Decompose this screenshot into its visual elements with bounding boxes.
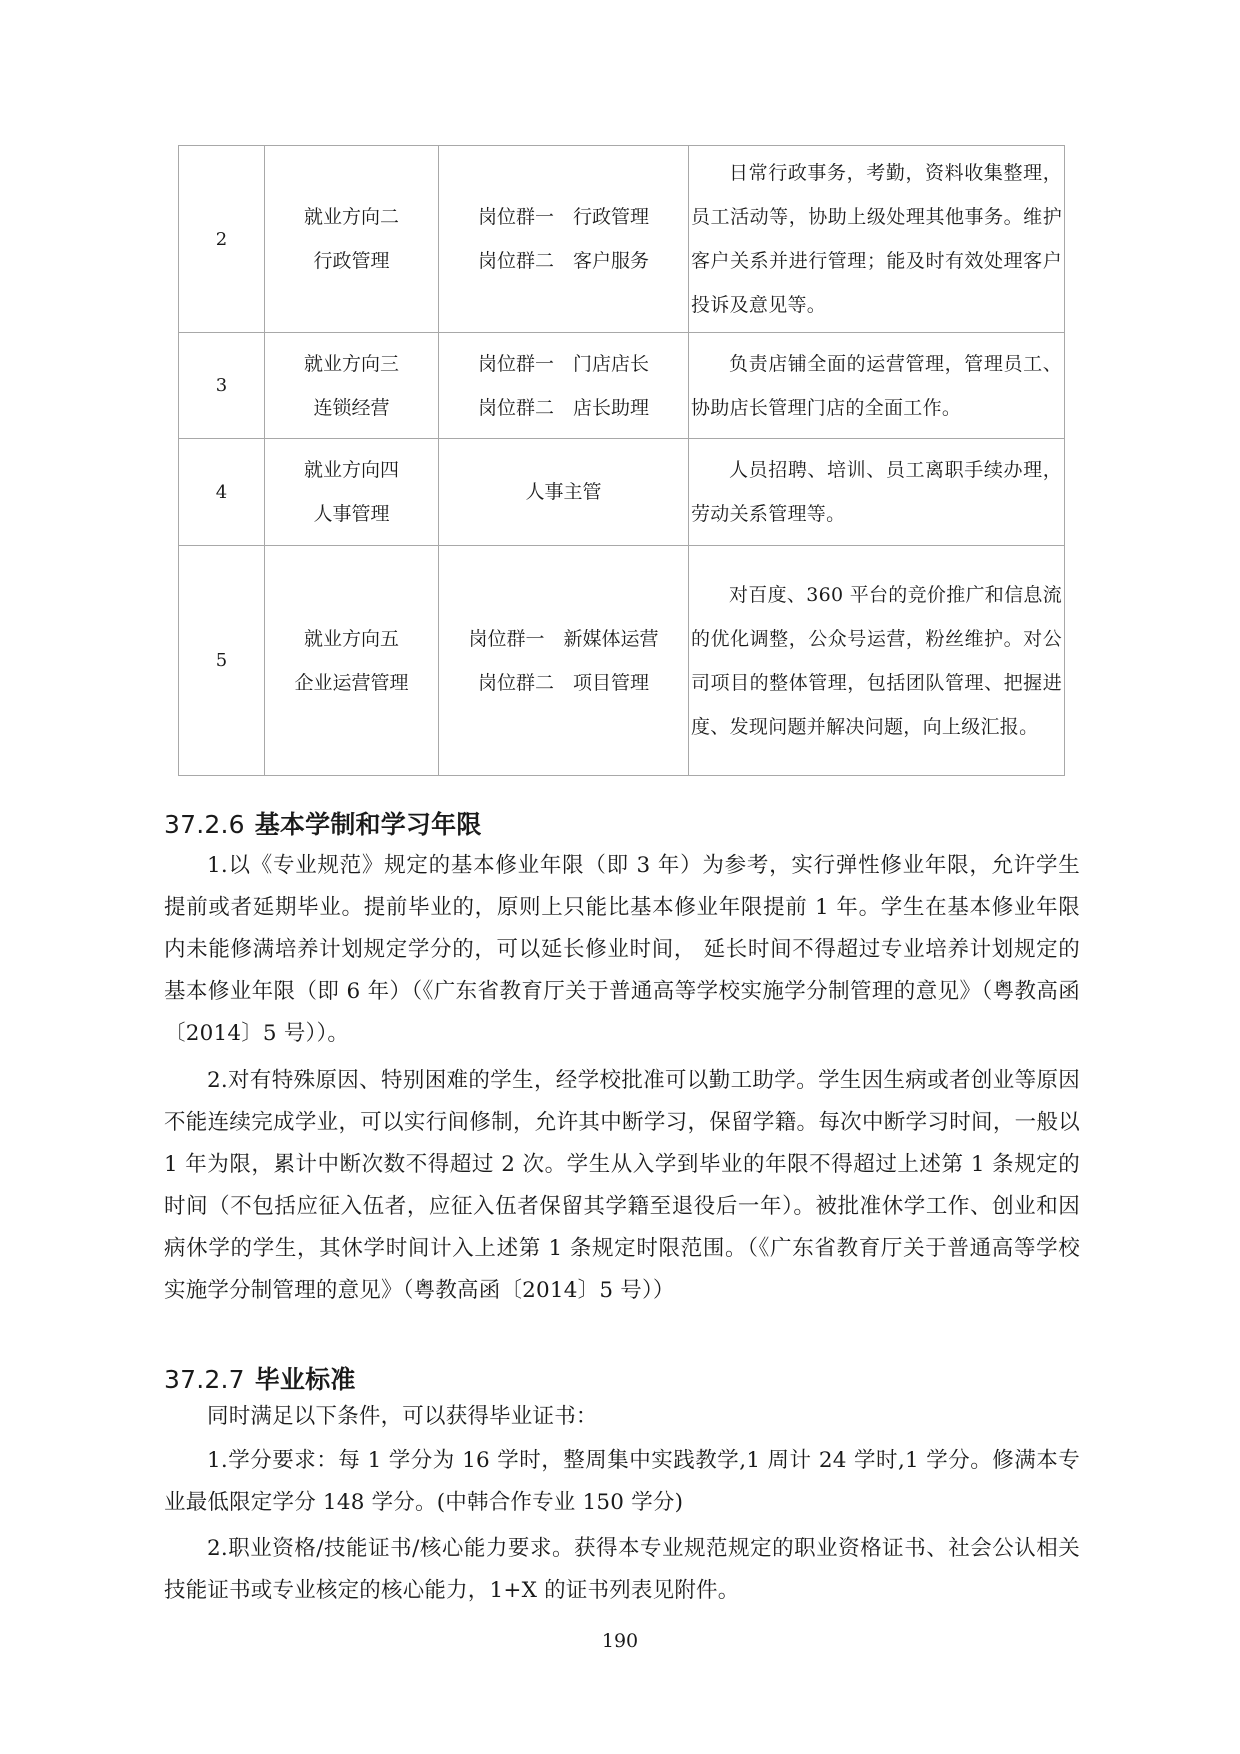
table-row: 2 就业方向二 行政管理 岗位群一 行政管理 岗位群二 客户服务 日常行政事务，… xyxy=(179,146,1065,333)
post-group: 人事主管 xyxy=(439,470,688,514)
direction-label: 就业方向五 xyxy=(265,617,438,661)
post-groups: 岗位群一 行政管理 岗位群二 客户服务 xyxy=(439,146,689,333)
page-number: 190 xyxy=(0,1630,1240,1652)
job-description: 日常行政事务，考勤，资料收集整理，员工活动等，协助上级处理其他事务。维护客户关系… xyxy=(689,146,1065,333)
paragraph-text: 1.以《专业规范》规定的基本修业年限（即 3 年）为参考，实行弹性修业年限，允许… xyxy=(164,853,1080,1046)
post-group: 岗位群一 门店店长 xyxy=(439,342,688,386)
section-number: 37.2.6 xyxy=(164,810,245,839)
paragraph-certificate-requirement: 2.职业资格/技能证书/核心能力要求。获得本专业规范规定的职业资格证书、社会公认… xyxy=(164,1528,1080,1612)
post-groups: 岗位群一 新媒体运营 岗位群二 项目管理 xyxy=(439,546,689,776)
direction-label: 就业方向三 xyxy=(265,342,438,386)
paragraph-text: 1.学分要求：每 1 学分为 16 学时，整周集中实践教学,1 周计 24 学时… xyxy=(164,1448,1080,1515)
job-description: 负责店铺全面的运营管理，管理员工、协助店长管理门店的全面工作。 xyxy=(689,333,1065,439)
post-group: 岗位群二 店长助理 xyxy=(439,386,688,430)
job-description: 人员招聘、培训、员工离职手续办理，劳动关系管理等。 xyxy=(689,439,1065,546)
description-text: 负责店铺全面的运营管理，管理员工、协助店长管理门店的全面工作。 xyxy=(691,342,1062,430)
description-text: 日常行政事务，考勤，资料收集整理，员工活动等，协助上级处理其他事务。维护客户关系… xyxy=(691,151,1062,327)
post-group: 岗位群二 项目管理 xyxy=(439,661,688,705)
section-title: 基本学制和学习年限 xyxy=(255,810,482,839)
table-row: 3 就业方向三 连锁经营 岗位群一 门店店长 岗位群二 店长助理 负责店铺全面的… xyxy=(179,333,1065,439)
row-number: 5 xyxy=(179,546,265,776)
section-heading-37-2-7: 37.2.7毕业标准 xyxy=(164,1360,356,1396)
paragraph-study-years-1: 1.以《专业规范》规定的基本修业年限（即 3 年）为参考，实行弹性修业年限，允许… xyxy=(164,845,1080,1055)
post-group: 岗位群一 新媒体运营 xyxy=(439,617,688,661)
direction-label: 就业方向二 xyxy=(265,195,438,239)
table-row: 5 就业方向五 企业运营管理 岗位群一 新媒体运营 岗位群二 项目管理 对百度、… xyxy=(179,546,1065,776)
paragraph-credit-requirement: 1.学分要求：每 1 学分为 16 学时，整周集中实践教学,1 周计 24 学时… xyxy=(164,1440,1080,1524)
employment-direction: 就业方向二 行政管理 xyxy=(265,146,439,333)
job-description: 对百度、360 平台的竞价推广和信息流的优化调整，公众号运营，粉丝维护。对公司项… xyxy=(689,546,1065,776)
direction-label: 就业方向四 xyxy=(265,448,438,492)
employment-direction: 就业方向五 企业运营管理 xyxy=(265,546,439,776)
description-text: 人员招聘、培训、员工离职手续办理，劳动关系管理等。 xyxy=(691,448,1062,536)
row-number: 2 xyxy=(179,146,265,333)
direction-name: 连锁经营 xyxy=(265,386,438,430)
direction-name: 人事管理 xyxy=(265,492,438,536)
post-group: 岗位群二 客户服务 xyxy=(439,239,688,283)
document-page: 2 就业方向二 行政管理 岗位群一 行政管理 岗位群二 客户服务 日常行政事务，… xyxy=(0,0,1240,1754)
paragraph-graduation-intro: 同时满足以下条件，可以获得毕业证书： xyxy=(164,1396,1080,1438)
paragraph-text: 2.职业资格/技能证书/核心能力要求。获得本专业规范规定的职业资格证书、社会公认… xyxy=(164,1536,1080,1603)
section-heading-37-2-6: 37.2.6基本学制和学习年限 xyxy=(164,805,482,841)
post-groups: 岗位群一 门店店长 岗位群二 店长助理 xyxy=(439,333,689,439)
employment-direction: 就业方向三 连锁经营 xyxy=(265,333,439,439)
table-row: 4 就业方向四 人事管理 人事主管 人员招聘、培训、员工离职手续办理，劳动关系管… xyxy=(179,439,1065,546)
section-title: 毕业标准 xyxy=(255,1365,356,1394)
paragraph-text: 2.对有特殊原因、特别困难的学生，经学校批准可以勤工助学。学生因生病或者创业等原… xyxy=(164,1068,1080,1303)
post-group: 岗位群一 行政管理 xyxy=(439,195,688,239)
direction-name: 企业运营管理 xyxy=(265,661,438,705)
description-text: 对百度、360 平台的竞价推广和信息流的优化调整，公众号运营，粉丝维护。对公司项… xyxy=(691,573,1062,749)
section-number: 37.2.7 xyxy=(164,1365,245,1394)
employment-direction: 就业方向四 人事管理 xyxy=(265,439,439,546)
post-groups: 人事主管 xyxy=(439,439,689,546)
row-number: 3 xyxy=(179,333,265,439)
direction-name: 行政管理 xyxy=(265,239,438,283)
paragraph-text: 同时满足以下条件，可以获得毕业证书： xyxy=(207,1404,598,1429)
paragraph-study-years-2: 2.对有特殊原因、特别困难的学生，经学校批准可以勤工助学。学生因生病或者创业等原… xyxy=(164,1060,1080,1312)
employment-direction-table: 2 就业方向二 行政管理 岗位群一 行政管理 岗位群二 客户服务 日常行政事务，… xyxy=(178,145,1065,776)
row-number: 4 xyxy=(179,439,265,546)
